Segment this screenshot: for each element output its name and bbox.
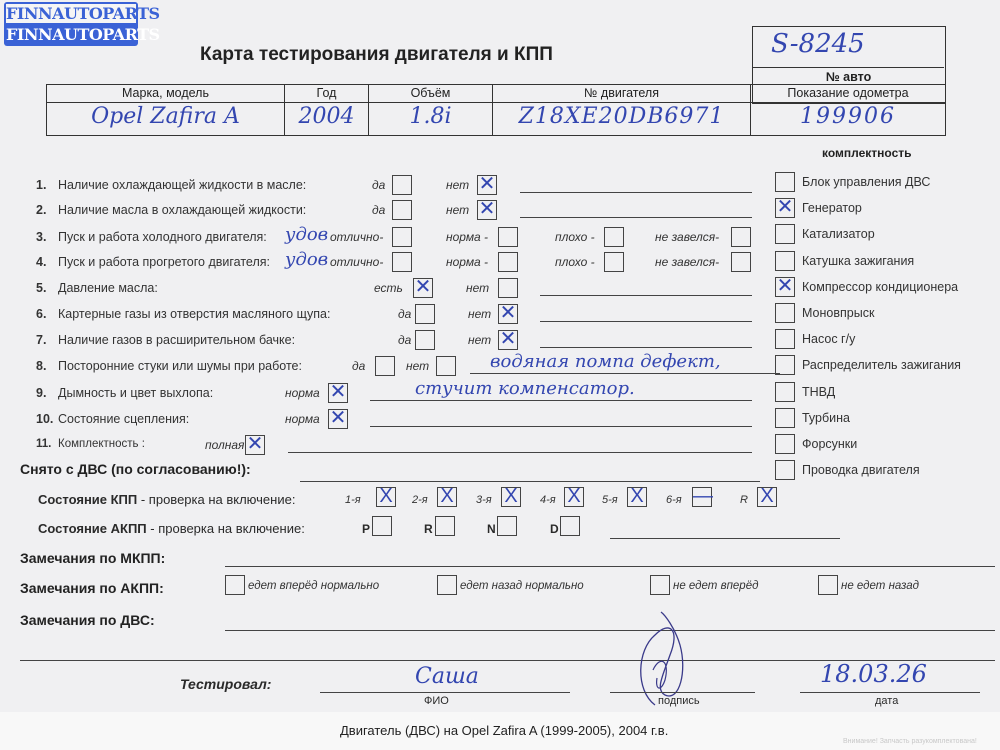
check-mark: X: [758, 484, 776, 508]
check-mark: ✕: [776, 274, 794, 298]
name-line: [320, 692, 570, 693]
comment-line[interactable]: [370, 426, 752, 427]
check-mark: ✕: [246, 432, 264, 456]
option-label: нет: [406, 359, 429, 373]
option-checkbox[interactable]: [731, 227, 751, 247]
completeness-label: Катализатор: [802, 227, 875, 241]
option-checkbox[interactable]: [498, 278, 518, 298]
completeness-checkbox[interactable]: [775, 434, 795, 454]
handwritten-note: водяная помпа дефект,: [490, 351, 721, 372]
option-checkbox[interactable]: [415, 304, 435, 324]
option-label: отлично-: [330, 230, 383, 244]
logo-line-1: FINNAUTOPARTS: [6, 4, 136, 23]
gear-label: 1-я: [345, 494, 361, 506]
option-label: норма: [285, 412, 320, 426]
option-label: да: [398, 307, 411, 321]
check-number: 11.: [36, 438, 51, 450]
option-checkbox[interactable]: [436, 356, 456, 376]
option-label: норма: [285, 386, 320, 400]
remarks-mkpp-label: Замечания по МКПП:: [20, 550, 165, 566]
option-label: нет: [468, 307, 491, 321]
option-label: да: [352, 359, 365, 373]
check-mark: ✕: [478, 197, 496, 221]
check-mark: ✕: [478, 172, 496, 196]
date-line: [800, 692, 980, 693]
odometer-value: 199906: [751, 103, 945, 135]
check-mark: X: [377, 484, 395, 508]
comment-line[interactable]: [540, 295, 752, 296]
completeness-label: Катушка зажигания: [802, 254, 914, 268]
option-label: нет: [446, 178, 469, 192]
option-label: плохо -: [555, 255, 595, 269]
comment-line[interactable]: [540, 347, 752, 348]
completeness-label: ТНВД: [802, 385, 835, 399]
option-label: не завелся-: [655, 255, 719, 269]
comment-line[interactable]: [370, 400, 752, 401]
completeness-checkbox[interactable]: [775, 172, 795, 192]
option-checkbox[interactable]: ✕: [245, 435, 265, 455]
option-checkbox[interactable]: [375, 356, 395, 376]
check-mark: —: [693, 484, 711, 508]
check-label: Наличие масла в охлаждающей жидкости:: [58, 203, 306, 217]
option-checkbox[interactable]: [392, 227, 412, 247]
option-checkbox[interactable]: ✕: [477, 200, 497, 220]
completeness-checkbox[interactable]: [775, 382, 795, 402]
check-mark: ✕: [499, 301, 517, 325]
check-label: Наличие газов в расширительном бачке:: [58, 333, 295, 347]
option-label: да: [372, 203, 385, 217]
check-label: Давление масла:: [58, 281, 158, 295]
option-checkbox[interactable]: [604, 227, 624, 247]
check-label: Наличие охлаждающей жидкости в масле:: [58, 178, 306, 192]
completeness-checkbox[interactable]: [775, 355, 795, 375]
option-checkbox[interactable]: ✕: [498, 304, 518, 324]
akpp-gear-checkbox[interactable]: [560, 516, 580, 536]
signature-caption: подпись: [658, 695, 700, 707]
check-mark: X: [565, 484, 583, 508]
gear-checkbox[interactable]: X: [564, 487, 584, 507]
tester-name: Саша: [415, 664, 479, 689]
completeness-label: Блок управления ДВС: [802, 175, 930, 189]
auto-number-value: S-8245: [771, 29, 865, 59]
akpp-remark-checkbox[interactable]: [818, 575, 838, 595]
completeness-checkbox[interactable]: [775, 303, 795, 323]
check-label: Комплектность :: [58, 438, 145, 450]
akpp-gear-label: D: [550, 522, 559, 536]
akpp-gear-label: R: [424, 522, 433, 536]
check-number: 9.: [36, 386, 46, 400]
check-mark: X: [502, 484, 520, 508]
comment-line[interactable]: [540, 321, 752, 322]
gear-checkbox[interactable]: X: [757, 487, 777, 507]
auto-number-label: № авто: [753, 69, 944, 85]
header-year: Год: [285, 85, 369, 103]
removed-line[interactable]: [300, 481, 760, 482]
gear-checkbox[interactable]: X: [437, 487, 457, 507]
option-checkbox[interactable]: ✕: [477, 175, 497, 195]
check-label: Картерные газы из отверстия масляного щу…: [58, 307, 330, 321]
completeness-label: Генератор: [802, 201, 862, 215]
header-odometer: Показание одометра: [751, 85, 945, 103]
check-label: Дымность и цвет выхлопа:: [58, 386, 213, 400]
option-label: нет: [468, 333, 491, 347]
check-number: 1.: [36, 178, 46, 192]
header-make-model: Марка, модель: [47, 85, 285, 103]
option-checkbox[interactable]: [392, 200, 412, 220]
option-label: не завелся-: [655, 230, 719, 244]
option-label: норма -: [446, 230, 488, 244]
gear-checkbox[interactable]: X: [376, 487, 396, 507]
gear-label: R: [740, 494, 748, 506]
engine-no-value: Z18XE20DB6971: [493, 103, 751, 135]
page-title: Карта тестирования двигателя и КПП: [200, 44, 553, 66]
check-mark: ✕: [329, 380, 347, 404]
year-value: 2004: [285, 103, 369, 135]
finnautoparts-logo: FINNAUTOPARTS FINNAUTOPARTS: [4, 2, 138, 46]
option-label: норма -: [446, 255, 488, 269]
handwritten-note: стучит компенсатор.: [415, 378, 635, 399]
option-label: нет: [466, 281, 489, 295]
option-checkbox[interactable]: ✕: [328, 383, 348, 403]
remarks-mkpp-line[interactable]: [225, 566, 995, 567]
akpp-state-label: Состояние АКПП - проверка на включение:: [38, 521, 305, 536]
akpp-gear-label: N: [487, 522, 496, 536]
removed-label: Снято с ДВС (по согласованию!):: [20, 461, 251, 477]
check-mark: X: [438, 484, 456, 508]
completeness-checkbox[interactable]: [775, 460, 795, 480]
handwritten-rating: удов: [285, 224, 328, 245]
comment-line[interactable]: [520, 192, 752, 193]
akpp-note-line[interactable]: [610, 538, 840, 539]
completeness-label: Компрессор кондиционера: [802, 280, 958, 294]
akpp-gear-checkbox[interactable]: [372, 516, 392, 536]
check-number: 4.: [36, 255, 46, 269]
option-checkbox[interactable]: [731, 252, 751, 272]
akpp-remark-label: едет назад нормально: [460, 580, 584, 592]
mkpp-state-label: Состояние КПП - проверка на включение:: [38, 492, 295, 507]
comment-line[interactable]: [470, 373, 780, 374]
option-checkbox[interactable]: [498, 252, 518, 272]
check-number: 3.: [36, 230, 46, 244]
option-checkbox[interactable]: [498, 227, 518, 247]
completeness-checkbox[interactable]: [775, 251, 795, 271]
check-mark: ✕: [414, 275, 432, 299]
gear-checkbox[interactable]: —: [692, 487, 712, 507]
check-mark: ✕: [499, 327, 517, 351]
comment-line[interactable]: [288, 452, 752, 453]
tested-label: Тестировал:: [180, 676, 271, 692]
check-mark: ✕: [329, 406, 347, 430]
completeness-label: Моновпрыск: [802, 306, 874, 320]
image-caption: Двигатель (ДВС) на Opel Zafira A (1999-2…: [340, 723, 668, 738]
test-card-sheet: FINNAUTOPARTS FINNAUTOPARTS Карта тестир…: [0, 0, 1000, 712]
header-volume: Объём: [369, 85, 493, 103]
signature-line: [610, 692, 755, 693]
option-label: есть: [374, 281, 403, 295]
gear-label: 3-я: [476, 494, 492, 506]
option-label: да: [372, 178, 385, 192]
option-checkbox[interactable]: [604, 252, 624, 272]
option-label: да: [398, 333, 411, 347]
remarks-dvs-label: Замечания по ДВС:: [20, 612, 155, 628]
gear-label: 6-я: [666, 494, 682, 506]
completeness-checkbox[interactable]: [775, 329, 795, 349]
check-mark: X: [628, 484, 646, 508]
completeness-checkbox[interactable]: ✕: [775, 198, 795, 218]
option-checkbox[interactable]: [392, 252, 412, 272]
remarks-dvs-line-1[interactable]: [225, 630, 995, 631]
check-label: Состояние сцепления:: [58, 412, 189, 426]
akpp-gear-label: P: [362, 522, 370, 536]
option-label: плохо -: [555, 230, 595, 244]
completeness-label: Распределитель зажигания: [802, 358, 961, 372]
akpp-gear-checkbox[interactable]: [435, 516, 455, 536]
akpp-remark-label: не едет назад: [841, 580, 919, 592]
make-model-value: Opel Zafira A: [47, 103, 285, 135]
option-checkbox[interactable]: ✕: [413, 278, 433, 298]
vehicle-table: Марка, модель Год Объём № двигателя Пока…: [46, 84, 946, 136]
date-caption: дата: [875, 695, 898, 707]
completeness-label: Проводка двигателя: [802, 463, 920, 477]
akpp-remark-label: не едет вперёд: [673, 580, 758, 592]
completeness-checkbox[interactable]: [775, 408, 795, 428]
check-label: Пуск и работа холодного двигателя:: [58, 230, 267, 244]
option-label: отлично-: [330, 255, 383, 269]
check-number: 7.: [36, 333, 46, 347]
check-number: 2.: [36, 203, 46, 217]
completeness-label: Насос г/у: [802, 332, 855, 346]
handwritten-rating: удов: [285, 249, 328, 270]
check-number: 6.: [36, 307, 46, 321]
completeness-label: Форсунки: [802, 437, 857, 451]
watermark: Внимание! Запчасть разукомплектована!: [843, 738, 977, 745]
check-number: 8.: [36, 359, 46, 373]
akpp-remark-checkbox[interactable]: [225, 575, 245, 595]
gear-label: 2-я: [412, 494, 428, 506]
check-number: 10.: [36, 412, 53, 426]
completeness-header: комплектность: [822, 146, 912, 160]
option-checkbox[interactable]: ✕: [328, 409, 348, 429]
akpp-gear-checkbox[interactable]: [497, 516, 517, 536]
volume-value: 1.8i: [369, 103, 493, 135]
remarks-akpp-label: Замечания по АКПП:: [20, 580, 164, 596]
option-label: нет: [446, 203, 469, 217]
completeness-checkbox[interactable]: ✕: [775, 277, 795, 297]
header-engine-no: № двигателя: [493, 85, 751, 103]
gear-checkbox[interactable]: X: [627, 487, 647, 507]
gear-checkbox[interactable]: X: [501, 487, 521, 507]
completeness-checkbox[interactable]: [775, 224, 795, 244]
gear-label: 5-я: [602, 494, 618, 506]
akpp-remark-label: едет вперёд нормально: [248, 580, 379, 592]
option-label: полная: [205, 438, 244, 452]
comment-line[interactable]: [520, 217, 752, 218]
name-caption: ФИО: [424, 695, 449, 707]
logo-line-2: FINNAUTOPARTS: [6, 25, 136, 44]
check-mark: ✕: [776, 195, 794, 219]
check-label: Пуск и работа прогретого двигателя:: [58, 255, 270, 269]
completeness-label: Турбина: [802, 411, 850, 425]
test-date: 18.03.26: [820, 660, 927, 688]
akpp-remark-checkbox[interactable]: [437, 575, 457, 595]
option-checkbox[interactable]: ✕: [498, 330, 518, 350]
option-checkbox[interactable]: [415, 330, 435, 350]
check-number: 5.: [36, 281, 46, 295]
option-checkbox[interactable]: [392, 175, 412, 195]
akpp-remark-checkbox[interactable]: [650, 575, 670, 595]
gear-label: 4-я: [540, 494, 556, 506]
check-label: Посторонние стуки или шумы при работе:: [58, 359, 302, 373]
